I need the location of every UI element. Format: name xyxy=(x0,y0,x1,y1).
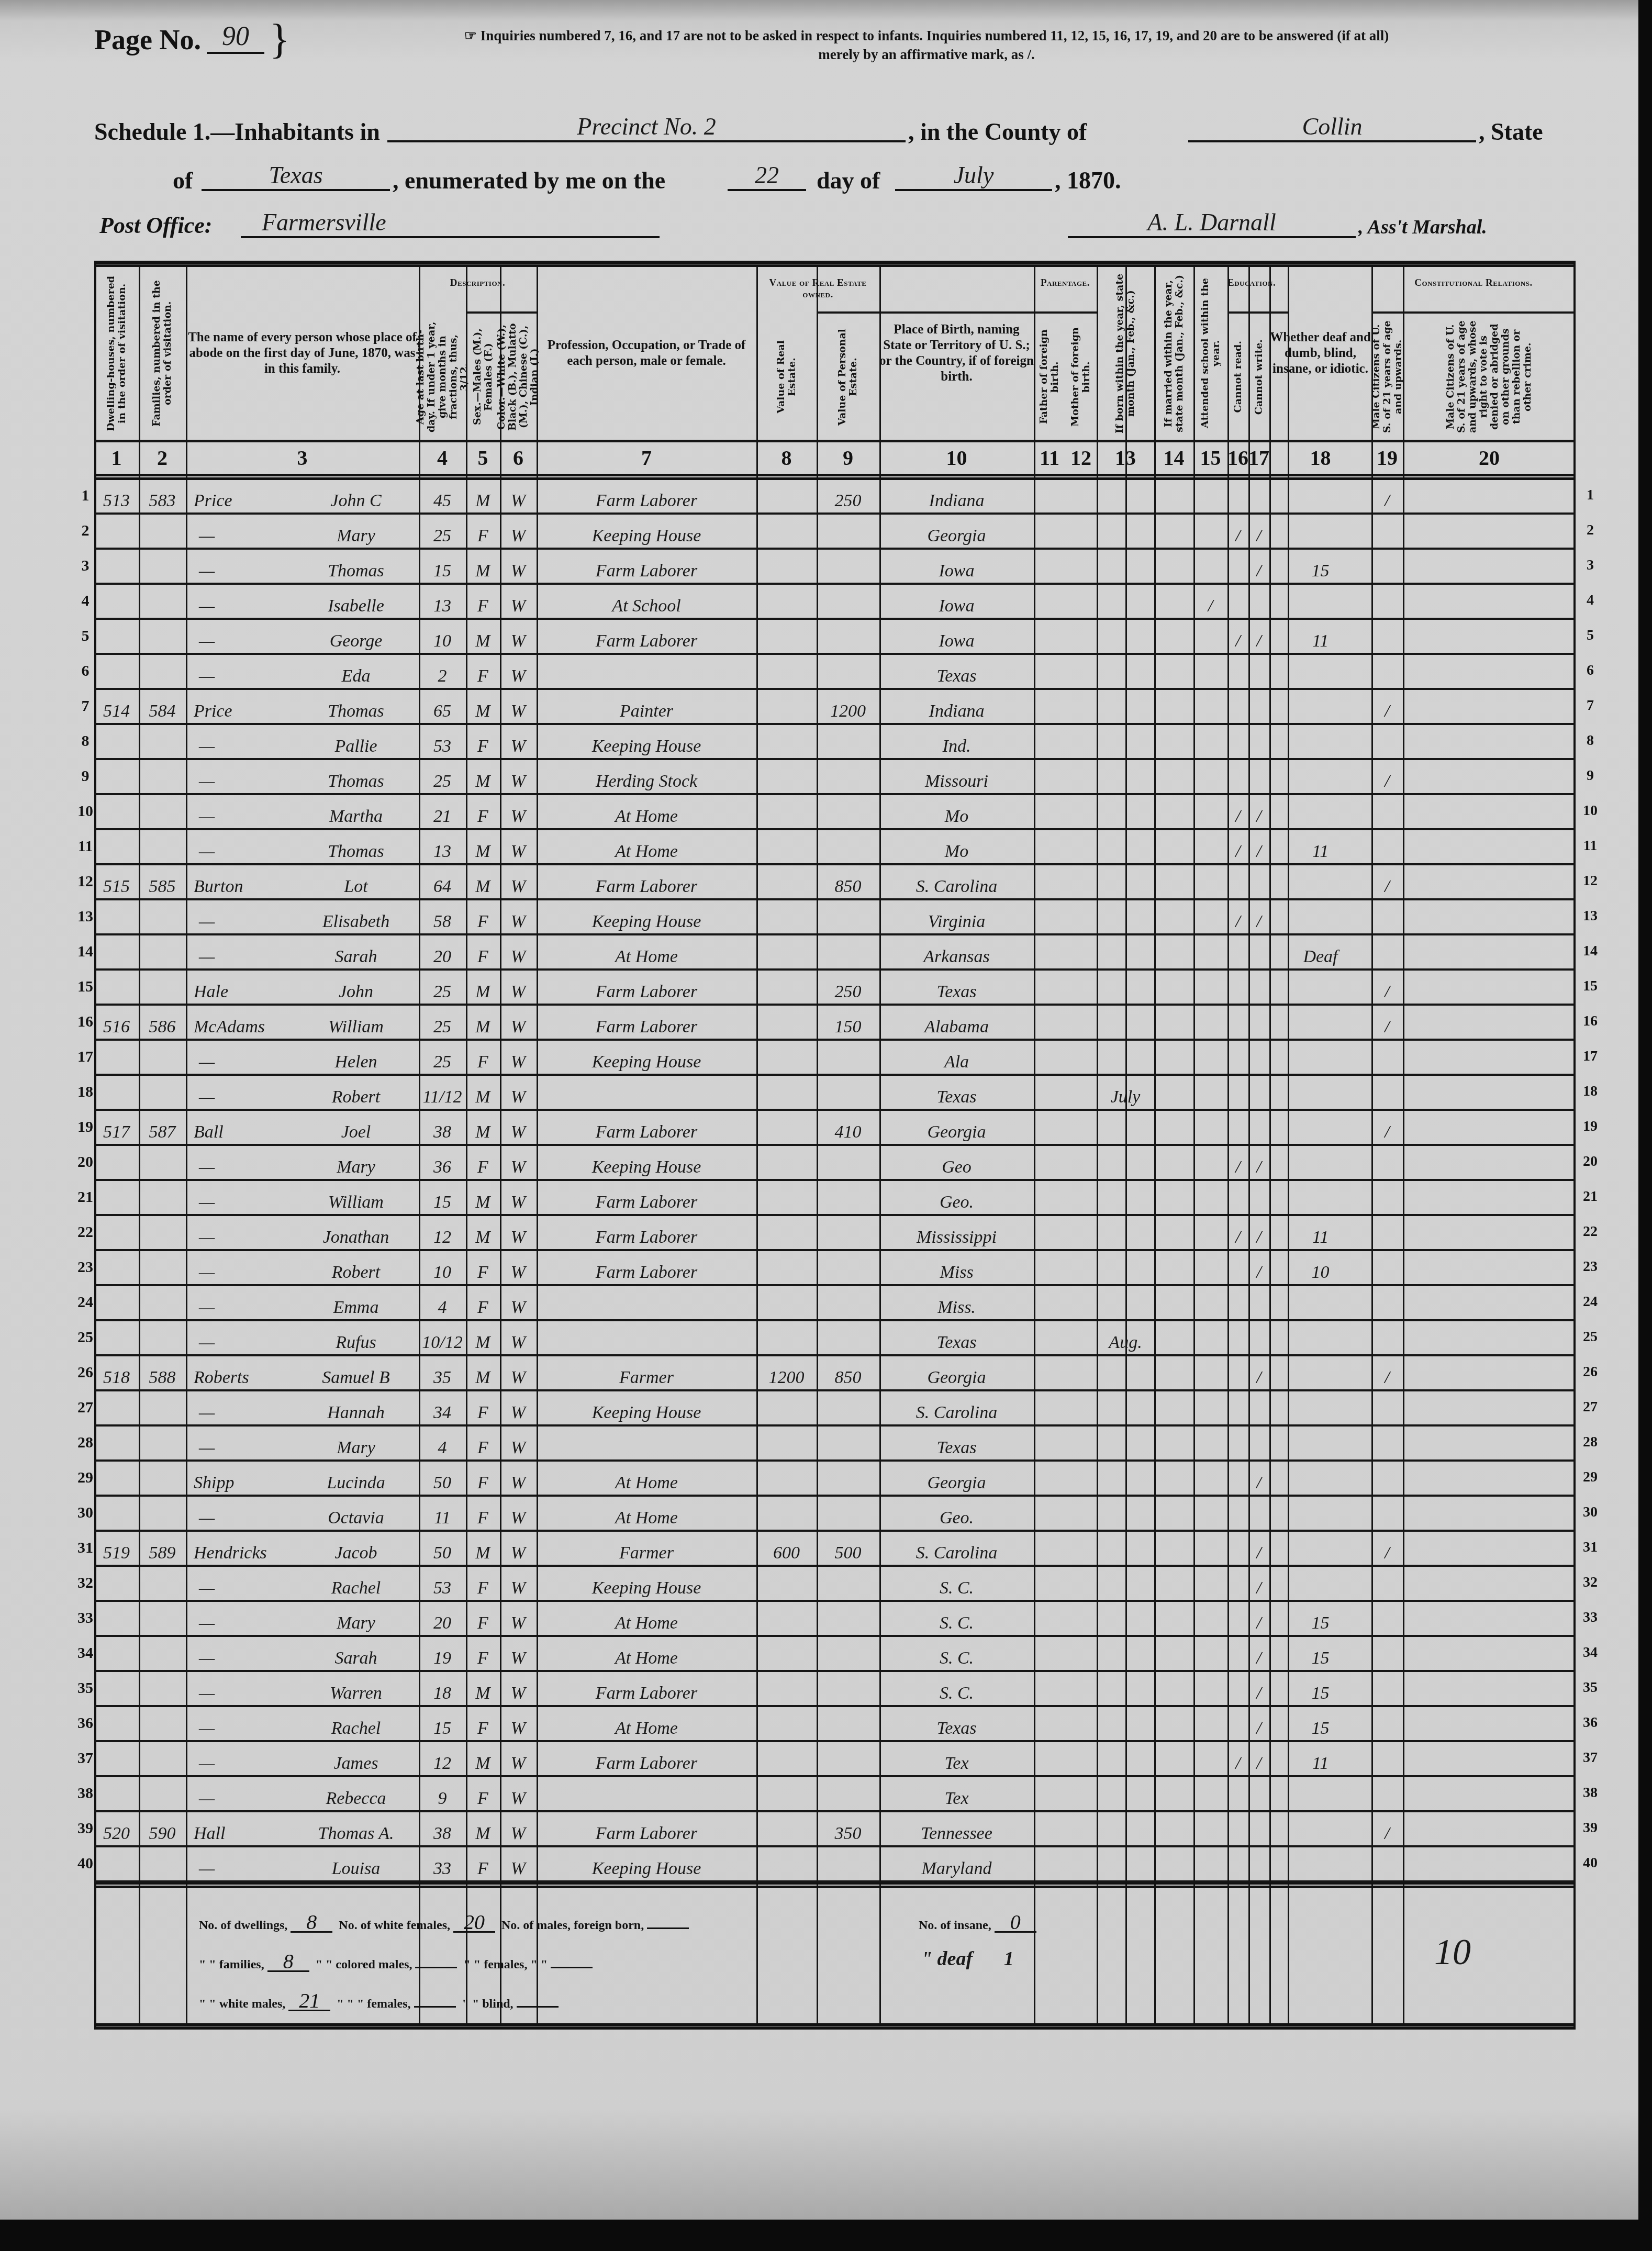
color: W xyxy=(500,865,537,898)
given-name: Mary xyxy=(293,1145,419,1179)
table-row: 519589HendricksJacob50MWFarmer600500S. C… xyxy=(94,1531,1576,1566)
male-citizen-mark xyxy=(1371,1566,1403,1600)
header-disability: Whether deaf and dumb, blind, insane, or… xyxy=(1269,267,1371,440)
family-number xyxy=(139,584,186,618)
attended-school xyxy=(1193,1636,1227,1670)
attended-school xyxy=(1193,549,1227,583)
sex: M xyxy=(466,1110,500,1144)
cannot-write xyxy=(1248,970,1269,1004)
personal-estate-value xyxy=(817,1742,879,1775)
line-number-left: 21 xyxy=(77,1188,93,1206)
attended-school xyxy=(1193,725,1227,758)
male-citizen-mark: / xyxy=(1371,1005,1403,1039)
cannot-read: / xyxy=(1227,619,1248,653)
cannot-read xyxy=(1227,1251,1248,1284)
born-within-year xyxy=(1097,479,1154,512)
color: W xyxy=(500,725,537,758)
table-row: —Rachel53FWKeeping HouseS. C./ xyxy=(94,1566,1576,1601)
real-estate-value xyxy=(756,1321,817,1354)
dwelling-number xyxy=(94,830,139,863)
cannot-write xyxy=(1248,584,1269,618)
given-name: Lot xyxy=(293,865,419,898)
disability-mark: 11 xyxy=(1269,830,1371,863)
male-citizen-mark xyxy=(1371,619,1403,653)
cannot-read xyxy=(1227,1286,1248,1319)
born-within-year xyxy=(1097,760,1154,793)
enumerated-label: , enumerated by me on the xyxy=(393,166,665,194)
header-married-month-text: If married within the year, state month … xyxy=(1163,272,1185,434)
line-number-right: 8 xyxy=(1580,732,1601,749)
family-number xyxy=(139,1601,186,1635)
personal-estate-value xyxy=(817,1321,879,1354)
male-citizen-mark: / xyxy=(1371,1356,1403,1389)
attended-school xyxy=(1193,1566,1227,1600)
family-number: 585 xyxy=(139,865,186,898)
birthplace: Maryland xyxy=(879,1847,1034,1880)
line-number-left: 16 xyxy=(77,1013,93,1031)
dwelling-number xyxy=(94,760,139,793)
family-number xyxy=(139,970,186,1004)
header-birthplace: Place of Birth, naming State or Territor… xyxy=(879,267,1034,440)
given-name: Rebecca xyxy=(293,1777,419,1810)
dwelling-number xyxy=(94,1461,139,1495)
surname: — xyxy=(194,1742,298,1775)
occupation: Farm Laborer xyxy=(537,1005,756,1039)
family-number xyxy=(139,935,186,968)
cannot-write: / xyxy=(1248,795,1269,828)
birthplace: Texas xyxy=(879,1707,1034,1740)
dwelling-number xyxy=(94,1216,139,1249)
cannot-write xyxy=(1248,1180,1269,1214)
occupation: Keeping House xyxy=(537,1040,756,1074)
personal-estate-value xyxy=(817,1777,879,1810)
family-number xyxy=(139,1180,186,1214)
surname: — xyxy=(194,1496,298,1530)
surname: — xyxy=(194,830,298,863)
male-citizen-mark xyxy=(1371,1742,1403,1775)
real-estate-value xyxy=(756,514,817,548)
personal-estate-value xyxy=(817,584,879,618)
column-number: 10 xyxy=(879,443,1034,473)
header-disability-text: Whether deaf and dumb, blind, insane, or… xyxy=(1269,330,1371,377)
given-name: Eda xyxy=(293,654,419,688)
line-number-left: 4 xyxy=(77,592,93,610)
occupation xyxy=(537,1426,756,1459)
line-number-left: 39 xyxy=(77,1820,93,1837)
cannot-write: / xyxy=(1248,1742,1269,1775)
color: W xyxy=(500,549,537,583)
line-number-left: 28 xyxy=(77,1434,93,1452)
cannot-read: / xyxy=(1227,1216,1248,1249)
real-estate-value xyxy=(756,479,817,512)
disability-mark xyxy=(1269,1145,1371,1179)
line-number-right: 27 xyxy=(1580,1399,1601,1416)
age: 13 xyxy=(419,584,466,618)
attended-school xyxy=(1193,1531,1227,1565)
male-citizen-mark xyxy=(1371,584,1403,618)
dwelling-number xyxy=(94,1496,139,1530)
color: W xyxy=(500,900,537,933)
line-number-left: 34 xyxy=(77,1644,93,1662)
cannot-read xyxy=(1227,549,1248,583)
dwelling-number: 519 xyxy=(94,1531,139,1565)
sex: F xyxy=(466,514,500,548)
occupation: Keeping House xyxy=(537,1566,756,1600)
header-family-text: Families, numbered in the order of visit… xyxy=(151,272,173,434)
line-number-left: 38 xyxy=(77,1785,93,1802)
cannot-read: / xyxy=(1227,830,1248,863)
day-field: 22 xyxy=(728,161,806,191)
surname: — xyxy=(194,1040,298,1074)
cannot-write: / xyxy=(1248,1707,1269,1740)
male-citizen-mark xyxy=(1371,900,1403,933)
cannot-read xyxy=(1227,1777,1248,1810)
blind-label: " " blind, xyxy=(462,1997,514,2011)
table-row: —Thomas15MWFarm LaborerIowa/15 xyxy=(94,549,1576,584)
cannot-read xyxy=(1227,1812,1248,1845)
line-number-left: 11 xyxy=(77,838,93,855)
line-number-left: 5 xyxy=(77,627,93,645)
white-females-value: 20 xyxy=(453,1913,495,1933)
sex: F xyxy=(466,1847,500,1880)
line-number-right: 15 xyxy=(1580,978,1601,995)
given-name: William xyxy=(293,1180,419,1214)
sex: M xyxy=(466,970,500,1004)
personal-estate-value xyxy=(817,1040,879,1074)
disability-mark xyxy=(1269,1180,1371,1214)
personal-estate-value xyxy=(817,1671,879,1705)
column-number: 7 xyxy=(537,443,756,473)
color: W xyxy=(500,1426,537,1459)
occupation: Farm Laborer xyxy=(537,549,756,583)
age: 11/12 xyxy=(419,1075,466,1109)
dwelling-number xyxy=(94,1286,139,1319)
cannot-write xyxy=(1248,1496,1269,1530)
line-number-right: 20 xyxy=(1580,1153,1601,1170)
family-number: 589 xyxy=(139,1531,186,1565)
line-number-right: 34 xyxy=(1580,1644,1601,1661)
cannot-write: / xyxy=(1248,1216,1269,1249)
family-number xyxy=(139,760,186,793)
surname: — xyxy=(194,1601,298,1635)
given-name: Warren xyxy=(293,1671,419,1705)
personal-estate-value xyxy=(817,1426,879,1459)
column-number: 14 xyxy=(1154,443,1193,473)
surname: — xyxy=(194,514,298,548)
line-number-right: 18 xyxy=(1580,1083,1601,1100)
dwelling-number xyxy=(94,1636,139,1670)
given-name: Lucinda xyxy=(293,1461,419,1495)
occupation: Farm Laborer xyxy=(537,1671,756,1705)
line-number-left: 33 xyxy=(77,1609,93,1627)
age: 36 xyxy=(419,1145,466,1179)
male-citizen-mark xyxy=(1371,1426,1403,1459)
sex: M xyxy=(466,479,500,512)
state-field: Texas xyxy=(202,161,390,191)
real-estate-value xyxy=(756,1777,817,1810)
occupation: At Home xyxy=(537,830,756,863)
born-within-year: July xyxy=(1097,1075,1154,1109)
personal-estate-value xyxy=(817,1601,879,1635)
disability-mark xyxy=(1269,1321,1371,1354)
males-foreign-value xyxy=(647,1927,689,1929)
line-number-left: 20 xyxy=(77,1153,93,1171)
cannot-write xyxy=(1248,1777,1269,1810)
real-estate-value xyxy=(756,1110,817,1144)
personal-estate-value: 850 xyxy=(817,1356,879,1389)
given-name: John xyxy=(293,970,419,1004)
insane-label: No. of insane, xyxy=(919,1919,991,1932)
occupation xyxy=(537,1321,756,1354)
sex: F xyxy=(466,1636,500,1670)
surname: — xyxy=(194,1286,298,1319)
color: W xyxy=(500,1145,537,1179)
attended-school xyxy=(1193,795,1227,828)
attended-school: / xyxy=(1193,584,1227,618)
line-number-left: 36 xyxy=(77,1714,93,1732)
cannot-read xyxy=(1227,1671,1248,1705)
given-name: Thomas xyxy=(293,760,419,793)
header-occupation-text: Profession, Occupation, or Trade of each… xyxy=(537,338,756,369)
attended-school xyxy=(1193,1812,1227,1845)
color: W xyxy=(500,1180,537,1214)
birthplace: Iowa xyxy=(879,619,1034,653)
occupation: Farm Laborer xyxy=(537,1180,756,1214)
birthplace: Geo xyxy=(879,1145,1034,1179)
birthplace: Texas xyxy=(879,1075,1034,1109)
table-row: —Thomas13MWAt HomeMo//11 xyxy=(94,830,1576,865)
given-name: Martha xyxy=(293,795,419,828)
cannot-read xyxy=(1227,1005,1248,1039)
occupation xyxy=(537,1075,756,1109)
birthplace: Indiana xyxy=(879,479,1034,512)
occupation: Herding Stock xyxy=(537,760,756,793)
disability-mark xyxy=(1269,970,1371,1004)
cannot-write xyxy=(1248,689,1269,723)
attended-school xyxy=(1193,1742,1227,1775)
real-estate-value xyxy=(756,1286,817,1319)
given-name: Robert xyxy=(293,1075,419,1109)
table-row: —Elisabeth58FWKeeping HouseVirginia// xyxy=(94,900,1576,935)
disability-mark: 15 xyxy=(1269,549,1371,583)
family-number xyxy=(139,1286,186,1319)
birthplace: Texas xyxy=(879,970,1034,1004)
given-name: James xyxy=(293,1742,419,1775)
attended-school xyxy=(1193,1075,1227,1109)
surname: — xyxy=(194,654,298,688)
line-number-right: 39 xyxy=(1580,1820,1601,1836)
line-number-left: 15 xyxy=(77,978,93,996)
age: 10 xyxy=(419,619,466,653)
sex: M xyxy=(466,1671,500,1705)
family-number xyxy=(139,1742,186,1775)
given-name: Samuel B xyxy=(293,1356,419,1389)
birthplace: Mississippi xyxy=(879,1216,1034,1249)
given-name: Louisa xyxy=(293,1847,419,1880)
birthplace: S. Carolina xyxy=(879,1531,1034,1565)
attended-school xyxy=(1193,1145,1227,1179)
header-real-estate: Value of Real Estate. xyxy=(756,314,817,440)
schedule-label: Schedule 1.—Inhabitants in xyxy=(94,118,380,146)
state-label: , State xyxy=(1479,118,1543,146)
header-attended-school: Attended school within the year. xyxy=(1193,267,1227,440)
column-number: 15 xyxy=(1193,443,1227,473)
line-number-right: 33 xyxy=(1580,1609,1601,1626)
birthplace: Alabama xyxy=(879,1005,1034,1039)
born-within-year xyxy=(1097,795,1154,828)
attended-school xyxy=(1193,1847,1227,1880)
personal-estate-value: 410 xyxy=(817,1110,879,1144)
color: W xyxy=(500,1496,537,1530)
day-of-label: day of xyxy=(817,166,880,194)
occupation: Farmer xyxy=(537,1531,756,1565)
surname: — xyxy=(194,935,298,968)
dwelling-number xyxy=(94,1601,139,1635)
real-estate-value xyxy=(756,1180,817,1214)
dwelling-number xyxy=(94,900,139,933)
header-father-foreign-text: Father of foreign birth. xyxy=(1039,319,1061,434)
birthplace: Ind. xyxy=(879,725,1034,758)
cannot-read xyxy=(1227,1496,1248,1530)
header-mother-foreign: Mother of foreign birth. xyxy=(1065,314,1097,440)
line-number-left: 19 xyxy=(77,1118,93,1136)
occupation: Keeping House xyxy=(537,1145,756,1179)
line-number-left: 7 xyxy=(77,697,93,715)
disability-mark xyxy=(1269,1040,1371,1074)
column-number: 13 xyxy=(1097,443,1154,473)
cannot-write xyxy=(1248,654,1269,688)
header-education-group: Education. xyxy=(1227,277,1269,289)
attended-school xyxy=(1193,1356,1227,1389)
family-number xyxy=(139,725,186,758)
cannot-write xyxy=(1248,1075,1269,1109)
column-number: 1 xyxy=(94,443,139,473)
line-number-right: 14 xyxy=(1580,943,1601,960)
occupation: Keeping House xyxy=(537,900,756,933)
color: W xyxy=(500,760,537,793)
surname: McAdams xyxy=(194,1005,293,1039)
given-name: Elisabeth xyxy=(293,900,419,933)
personal-estate-value xyxy=(817,1286,879,1319)
cannot-write xyxy=(1248,1286,1269,1319)
color: W xyxy=(500,619,537,653)
occupation: Farm Laborer xyxy=(537,619,756,653)
header-name: The name of every person whose place of … xyxy=(186,267,419,440)
header-personal-estate: Value of Personal Estate. xyxy=(817,314,879,440)
given-name: Rachel xyxy=(293,1566,419,1600)
disability-mark: 15 xyxy=(1269,1601,1371,1635)
color: W xyxy=(500,1636,537,1670)
line-number-left: 27 xyxy=(77,1399,93,1417)
cannot-write: / xyxy=(1248,1251,1269,1284)
family-number xyxy=(139,619,186,653)
attended-school xyxy=(1193,900,1227,933)
sex: M xyxy=(466,619,500,653)
family-number: 590 xyxy=(139,1812,186,1845)
header-cannot-write-text: Cannot write. xyxy=(1254,339,1265,415)
age: 12 xyxy=(419,1742,466,1775)
male-citizen-mark xyxy=(1371,1461,1403,1495)
footer-insane: No. of insane,0 xyxy=(919,1913,1040,1933)
surname: Price xyxy=(194,689,293,723)
age: 38 xyxy=(419,1812,466,1845)
line-number-right: 23 xyxy=(1580,1258,1601,1275)
cannot-write xyxy=(1248,725,1269,758)
cannot-read xyxy=(1227,1321,1248,1354)
birthplace: Tex xyxy=(879,1742,1034,1775)
personal-estate-value: 250 xyxy=(817,479,879,512)
given-name: Sarah xyxy=(293,1636,419,1670)
born-within-year xyxy=(1097,900,1154,933)
personal-estate-value xyxy=(817,1391,879,1424)
birthplace: Missouri xyxy=(879,760,1034,793)
line-number-left: 24 xyxy=(77,1294,93,1311)
post-office-field: Farmersville xyxy=(241,208,660,238)
real-estate-value xyxy=(756,1426,817,1459)
cannot-read xyxy=(1227,1075,1248,1109)
cannot-write: / xyxy=(1248,1356,1269,1389)
disability-mark xyxy=(1269,865,1371,898)
header-attended-school-text: Attended school within the year. xyxy=(1200,272,1222,434)
real-estate-value xyxy=(756,1005,817,1039)
male-citizen-mark xyxy=(1371,795,1403,828)
male-citizen-mark xyxy=(1371,1075,1403,1109)
column-number: 19 xyxy=(1371,443,1403,473)
born-within-year xyxy=(1097,1110,1154,1144)
born-within-year xyxy=(1097,1286,1154,1319)
real-estate-value xyxy=(756,1812,817,1845)
cannot-write xyxy=(1248,1040,1269,1074)
birthplace: S. C. xyxy=(879,1601,1034,1635)
cannot-write: / xyxy=(1248,1601,1269,1635)
age: 18 xyxy=(419,1671,466,1705)
male-citizen-mark xyxy=(1371,1636,1403,1670)
occupation xyxy=(537,654,756,688)
line-number-right: 32 xyxy=(1580,1574,1601,1591)
age: 53 xyxy=(419,725,466,758)
dwelling-number xyxy=(94,1075,139,1109)
table-row: —Sarah20FWAt HomeArkansasDeaf xyxy=(94,935,1576,970)
male-citizen-mark: / xyxy=(1371,865,1403,898)
sex: M xyxy=(466,830,500,863)
born-within-year xyxy=(1097,1391,1154,1424)
age: 64 xyxy=(419,865,466,898)
age: 25 xyxy=(419,1005,466,1039)
birthplace: Miss. xyxy=(879,1286,1034,1319)
born-within-year xyxy=(1097,1531,1154,1565)
occupation: Farm Laborer xyxy=(537,865,756,898)
surname: — xyxy=(194,760,298,793)
personal-estate-value: 150 xyxy=(817,1005,879,1039)
surname: — xyxy=(194,549,298,583)
family-number xyxy=(139,1566,186,1600)
header-vote-denied-text: Male Citizens of U. S. of 21 years of ag… xyxy=(1445,319,1533,434)
column-number: 18 xyxy=(1269,443,1371,473)
age: 15 xyxy=(419,549,466,583)
cannot-read xyxy=(1227,1461,1248,1495)
column-number: 6 xyxy=(500,443,537,473)
line-number-right: 4 xyxy=(1580,592,1601,609)
family-number xyxy=(139,654,186,688)
header-dwelling-text: Dwelling-houses, numbered in the order o… xyxy=(106,272,128,434)
footer-white-males: " " white males,21 " " " females, " " bl… xyxy=(199,1992,562,2011)
occupation: Painter xyxy=(537,689,756,723)
age: 9 xyxy=(419,1777,466,1810)
personal-estate-value xyxy=(817,1566,879,1600)
color: W xyxy=(500,1531,537,1565)
real-estate-value xyxy=(756,654,817,688)
real-estate-value xyxy=(756,1391,817,1424)
